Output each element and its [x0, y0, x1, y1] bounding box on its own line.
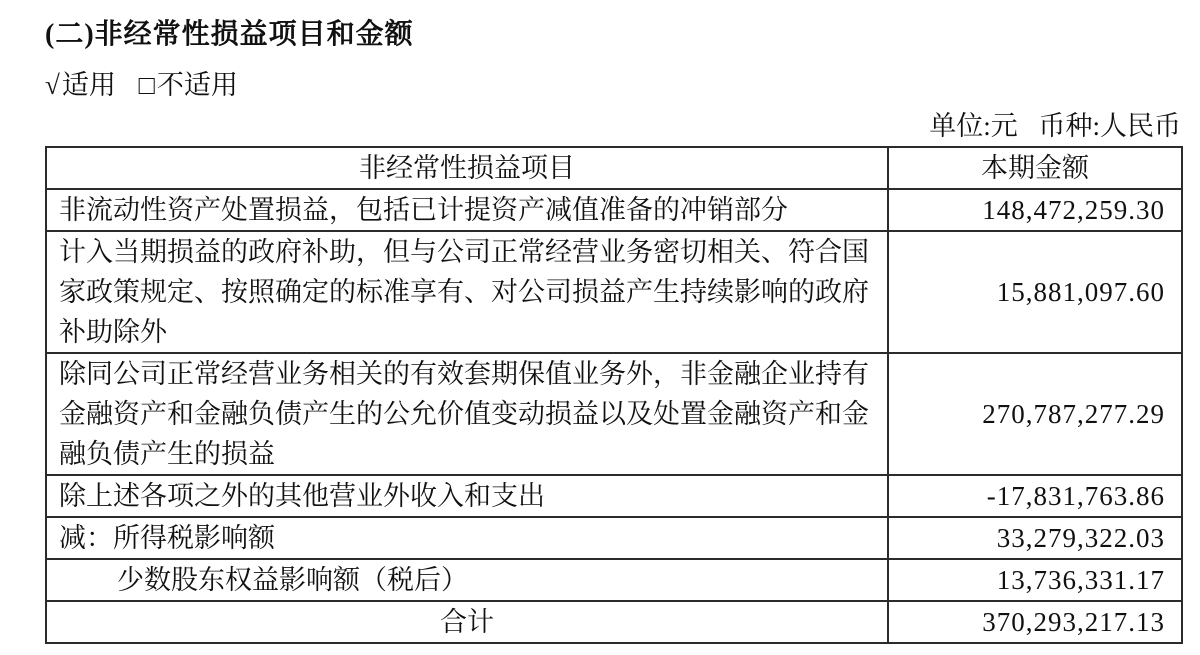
unit-label: 单位:元 — [929, 111, 1018, 141]
section-title: (二)非经常性损益项目和金额 — [45, 12, 414, 52]
item-cell: 除上述各项之外的其他营业外收入和支出 — [46, 475, 888, 517]
table-row: 非流动性资产处置损益，包括已计提资产减值准备的冲销部分 148,472,259.… — [46, 189, 1182, 231]
column-header-amount: 本期金额 — [888, 147, 1182, 189]
item-cell: 除同公司正常经营业务相关的有效套期保值业务外，非金融企业持有金融资产和金融负债产… — [46, 353, 888, 475]
applicable-label: 适用 — [62, 70, 116, 100]
table-row: 减：所得税影响额 33,279,322.03 — [46, 517, 1182, 559]
amount-cell: 370,293,217.13 — [888, 601, 1182, 643]
checkbox-empty-icon: □ — [139, 70, 155, 101]
currency-label: 币种:人民币 — [1038, 111, 1181, 141]
amount-cell: 13,736,331.17 — [888, 559, 1182, 601]
column-header-item: 非经常性损益项目 — [46, 147, 888, 189]
item-cell: 合计 — [46, 601, 888, 643]
applicability-line: √适用 □不适用 — [45, 63, 238, 102]
table-row: 除同公司正常经营业务相关的有效套期保值业务外，非金融企业持有金融资产和金融负债产… — [46, 353, 1182, 475]
amount-cell: -17,831,763.86 — [888, 475, 1182, 517]
table-row-total: 合计 370,293,217.13 — [46, 601, 1182, 643]
check-mark-icon: √ — [45, 70, 60, 101]
amount-cell: 270,787,277.29 — [888, 353, 1182, 475]
not-applicable-label: 不适用 — [157, 70, 238, 100]
non-recurring-items-table: 非经常性损益项目 本期金额 非流动性资产处置损益，包括已计提资产减值准备的冲销部… — [45, 146, 1183, 644]
report-page: (二)非经常性损益项目和金额 √适用 □不适用 单位:元 币种:人民币 非经常性… — [0, 0, 1200, 655]
item-cell: 非流动性资产处置损益，包括已计提资产减值准备的冲销部分 — [46, 189, 888, 231]
applicable-option: √适用 — [45, 63, 116, 102]
unit-currency-line: 单位:元 币种:人民币 — [45, 104, 1181, 143]
item-cell: 减：所得税影响额 — [46, 517, 888, 559]
table-row: 除上述各项之外的其他营业外收入和支出 -17,831,763.86 — [46, 475, 1182, 517]
amount-cell: 33,279,322.03 — [888, 517, 1182, 559]
table-row: 计入当期损益的政府补助，但与公司正常经营业务密切相关、符合国家政策规定、按照确定… — [46, 231, 1182, 353]
not-applicable-option: □不适用 — [139, 63, 238, 102]
amount-cell: 148,472,259.30 — [888, 189, 1182, 231]
table-header-row: 非经常性损益项目 本期金额 — [46, 147, 1182, 189]
table-row: 少数股东权益影响额（税后） 13,736,331.17 — [46, 559, 1182, 601]
item-cell: 少数股东权益影响额（税后） — [46, 559, 888, 601]
amount-cell: 15,881,097.60 — [888, 231, 1182, 353]
item-cell: 计入当期损益的政府补助，但与公司正常经营业务密切相关、符合国家政策规定、按照确定… — [46, 231, 888, 353]
